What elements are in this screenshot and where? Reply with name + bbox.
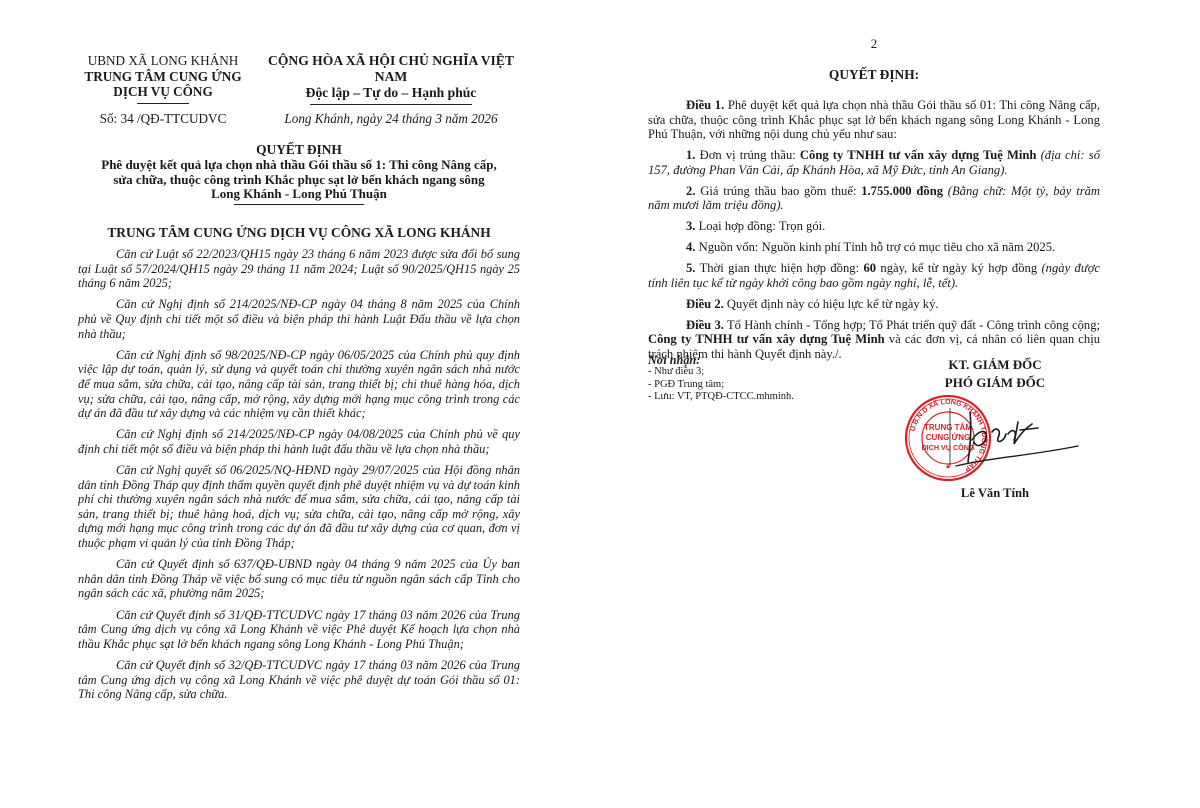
motto-underline [310,104,472,105]
winning-contractor: Công ty TNHH tư vấn xây dựng Tuệ Minh [800,148,1037,162]
item-5: 5. Thời gian thực hiện hợp đồng: 60 ngày… [648,261,1100,290]
national-header: CỘNG HÒA XÃ HỘI CHỦ NGHĨA VIỆT NAM Độc l… [260,53,522,105]
legal-basis: Căn cứ Quyết định số 32/QĐ-TTCUDVC ngày … [78,658,520,702]
title-underline [234,204,364,205]
legal-basis: Căn cứ Quyết định số 637/QĐ-UBND ngày 04… [78,557,520,601]
document-number: Số: 34 /QĐ-TTCUDVC [78,111,248,127]
decision-title: QUYẾT ĐỊNH Phê duyệt kết quả lựa chọn nh… [78,143,520,205]
place-date: Long Khánh, ngày 24 tháng 3 năm 2026 [260,111,522,127]
item-3: 3. Loại hợp đồng: Trọn gói. [648,219,1100,234]
recipients: Nơi nhận: - Như điều 3; - PGĐ Trung tâm;… [648,354,848,404]
legal-basis: Căn cứ Nghị định số 98/2025/NĐ-CP ngày 0… [78,348,520,421]
signer-name: Lê Văn Tính [884,486,1106,501]
handwritten-signature-icon [948,400,1088,470]
page-number: 2 [648,36,1100,52]
item-1: 1. Đơn vị trúng thầu: Công ty TNHH tư vấ… [648,148,1100,177]
item-2: 2. Giá trúng thầu bao gồm thuế: 1.755.00… [648,184,1100,213]
signature-title: KT. GIÁM ĐỐC PHÓ GIÁM ĐỐC [884,356,1106,392]
decision-subject-line1: Phê duyệt kết quả lựa chọn nhà thầu Gói … [78,158,520,173]
signature-line1: KT. GIÁM ĐỐC [884,356,1106,374]
legal-basis: Căn cứ Nghị định số 214/2025/NĐ-CP ngày … [78,427,520,456]
article-2: Điều 2. Quyết định này có hiệu lực kể từ… [648,297,1100,312]
articles: Điều 1. Phê duyệt kết quả lựa chọn nhà t… [648,98,1100,368]
item-2-label: Giá trúng thầu bao gồm thuế: [695,184,861,198]
national-motto: Độc lập – Tự do – Hạnh phúc [260,85,522,101]
recipient-item: - Lưu: VT, PTQĐ-CTCC.mhminh. [648,391,848,403]
item-4: 4. Nguồn vốn: Nguồn kinh phí Tỉnh hỗ trợ… [648,240,1100,255]
decision-heading: QUYẾT ĐỊNH [78,143,520,158]
legal-bases: Căn cứ Luật số 22/2023/QH15 ngày 23 thán… [78,247,520,708]
article-3-text1: Tổ Hành chính - Tổng hợp; Tổ Phát triển … [724,318,1100,332]
winning-price: 1.755.000 đồng [861,184,943,198]
article-3-label: Điều 3. [686,318,724,332]
decision-subject-line3: Long Khánh - Long Phú Thuận [78,187,520,202]
contract-duration-days: 60 [863,261,876,275]
article-2-label: Điều 2. [686,297,724,311]
recipient-item: - PGĐ Trung tâm; [648,379,848,391]
page-2: 2 QUYẾT ĐỊNH: Điều 1. Phê duyệt kết quả … [648,0,1100,808]
article-2-text: Quyết định này có hiệu lực kể từ ngày ký… [724,297,939,311]
page-1: UBND XÃ LONG KHÁNH TRUNG TÂM CUNG ỨNG DỊ… [78,0,520,808]
national-title: CỘNG HÒA XÃ HỘI CHỦ NGHĨA VIỆT NAM [260,53,522,85]
item-5-label: Thời gian thực hiện hợp đồng: [695,261,863,275]
agency-name-line1: TRUNG TÂM CUNG ỨNG [78,69,248,85]
issuer-heading: TRUNG TÂM CUNG ỨNG DỊCH VỤ CÔNG XÃ LONG … [78,225,520,241]
contract-type: Loại hợp đồng: Trọn gói. [695,219,825,233]
agency-name-line2: DỊCH VỤ CÔNG [78,84,248,100]
decision-heading: QUYẾT ĐỊNH: [648,67,1100,83]
recipient-item: - Như điều 3; [648,366,848,378]
legal-basis: Căn cứ Nghị định số 214/2025/NĐ-CP ngày … [78,297,520,341]
parent-agency: UBND XÃ LONG KHÁNH [78,53,248,69]
item-1-label: Đơn vị trúng thầu: [695,148,799,162]
item-5-text: ngày, kể từ ngày ký hợp đồng [876,261,1037,275]
article-1: Điều 1. Phê duyệt kết quả lựa chọn nhà t… [648,98,1100,142]
decision-subject-line2: sửa chữa, thuộc công trình Khắc phục sạt… [78,173,520,188]
legal-basis: Căn cứ Nghị quyết số 06/2025/NQ-HĐND ngà… [78,463,520,551]
recipients-label: Nơi nhận: [648,354,848,366]
funding-source: Nguồn vốn: Nguồn kinh phí Tỉnh hỗ trợ có… [695,240,1055,254]
signature-line2: PHÓ GIÁM ĐỐC [884,374,1106,392]
article-1-label: Điều 1. [686,98,724,112]
legal-basis: Căn cứ Luật số 22/2023/QH15 ngày 23 thán… [78,247,520,291]
article-3-contractor: Công ty TNHH tư vấn xây dựng Tuệ Minh [648,332,885,346]
legal-basis: Căn cứ Quyết định số 31/QĐ-TTCUDVC ngày … [78,608,520,652]
header-underline [137,103,189,104]
issuing-agency-header: UBND XÃ LONG KHÁNH TRUNG TÂM CUNG ỨNG DỊ… [78,53,248,104]
